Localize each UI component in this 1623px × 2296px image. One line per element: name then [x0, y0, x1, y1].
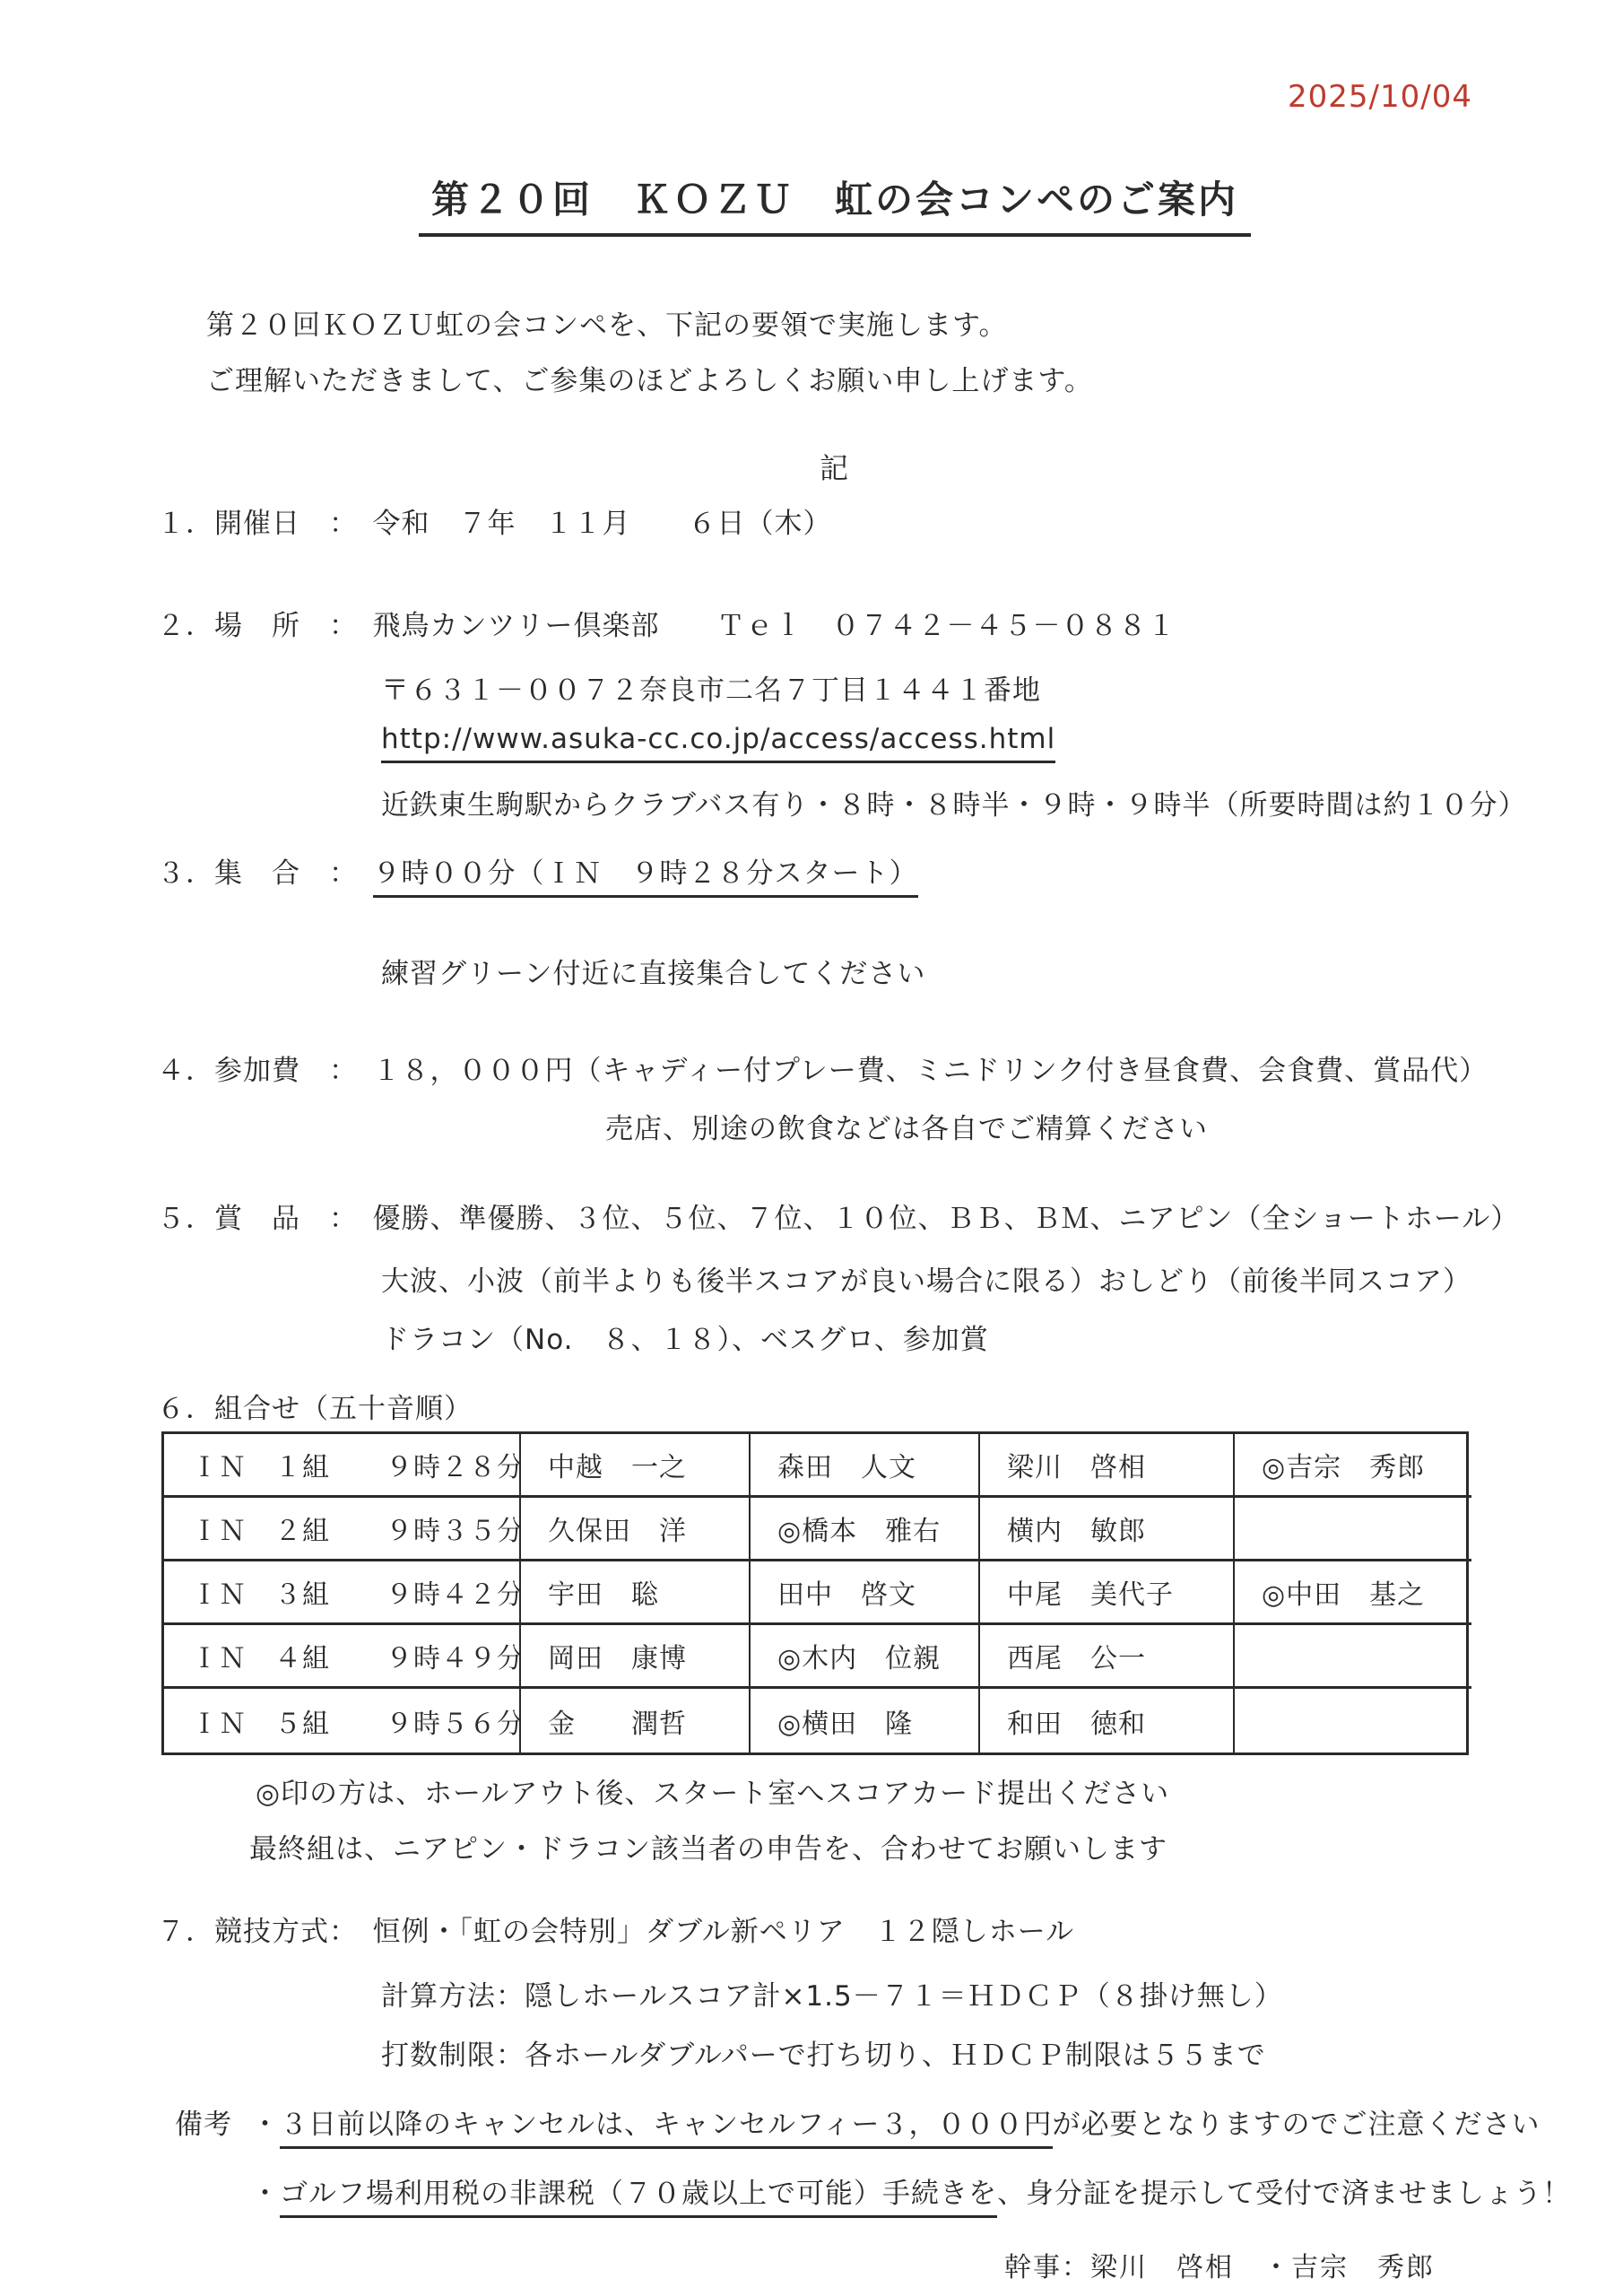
item2-bus-line: 近鉄東生駒駅からクラブバス有り・８時・８時半・９時・９時半（所要時間は約１０分）	[381, 782, 1527, 822]
table-cell-player: 久保田 洋	[521, 1498, 751, 1561]
document-date: 2025/10/04	[1288, 79, 1472, 115]
ki-heading: 記	[0, 446, 1623, 487]
item2-place-line: ２．場 所 ： 飛鳥カンツリー倶楽部 Ｔｅｌ ０７４２－４５－０８８１	[157, 603, 1176, 643]
remarks-bullet-2: ・ゴルフ場利用税の非課税（７０歳以上で可能）手続きを、身分証を提示して受付で済ま…	[251, 2170, 1571, 2211]
organizers-line: 幹事：梁川 啓相 ・吉宗 秀郎	[1004, 2245, 1435, 2284]
remarks-bullet-1-mark: ・	[251, 2109, 280, 2141]
table-cell-group-time: ＩＮ ３組 ９時４２分	[164, 1561, 521, 1625]
table-cell-player: 岡田 康博	[521, 1625, 751, 1689]
remarks-bullet-2-rest: 、身分証を提示して受付で済ませましょう！	[997, 2178, 1571, 2210]
table-cell-player: ◎横田 隆	[751, 1689, 980, 1752]
document-title-text: 第２０回 ＫＯＺＵ 虹の会コンペのご案内	[419, 170, 1251, 237]
table-cell-player: ◎橋本 雅右	[751, 1498, 980, 1561]
table-cell-player: 西尾 公一	[980, 1625, 1235, 1689]
remarks-bullet-2-mark: ・	[251, 2178, 280, 2210]
item6-pairings-heading: ６．組合せ（五十音順）	[157, 1386, 473, 1426]
table-cell-player: 田中 啓文	[751, 1561, 980, 1625]
item4-fee-line: ４．参加費 ： １８，０００円（キャディー付プレー費、ミニドリンク付き昼食費、会…	[157, 1048, 1488, 1088]
remarks-bullet-1-underlined: ３日前以降のキャンセルは、キャンセルフィー３，０００円	[280, 2109, 1053, 2149]
item7-format-line1: ７．競技方式： 恒例・「虹の会特別」ダブル新ペリア １２隠しホール	[157, 1909, 1074, 1949]
table-cell-group-time: ＩＮ ４組 ９時４９分	[164, 1625, 521, 1689]
table-cell-player: ◎中田 基之	[1235, 1561, 1471, 1625]
item3-meeting-line: ３．集 合 ： ９時００分（ＩＮ ９時２８分スタート）	[157, 850, 918, 891]
remarks-bullet-1: ・３日前以降のキャンセルは、キャンセルフィー３，０００円が必要となりますのでご注…	[251, 2101, 1541, 2142]
item1-date-line: １．開催日 ： 令和 ７年 １１月 ６日（木）	[157, 500, 832, 541]
remarks-bullet-1-rest: が必要となりますのでご注意ください	[1053, 2109, 1541, 2141]
item5-prizes-line2: 大波、小波（前半よりも後半スコアが良い場合に限る）おしどり（前後半同スコア）	[381, 1258, 1471, 1299]
document-title: 第２０回 ＫＯＺＵ 虹の会コンペのご案内	[0, 170, 1623, 237]
remarks-label: 備考	[175, 2101, 232, 2142]
item5-prizes-line1: ５．賞 品 ： 優勝、準優勝、３位、５位、７位、１０位、ＢＢ、ＢＭ、ニアピン（全…	[157, 1196, 1519, 1236]
table-cell-player: ◎木内 位親	[751, 1625, 980, 1689]
scanned-document-page: 2025/10/04 第２０回 ＫＯＺＵ 虹の会コンペのご案内 第２０回ＫＯＺＵ…	[0, 0, 1623, 2296]
table-cell-player: ◎吉宗 秀郎	[1235, 1434, 1471, 1498]
table-cell-player: 森田 人文	[751, 1434, 980, 1498]
item7-format-line2: 計算方法：隠しホールスコア計×1.5－７１＝ＨＤＣＰ（８掛け無し）	[381, 1973, 1283, 2013]
table-cell-player	[1235, 1689, 1471, 1752]
table-note-2: 最終組は、ニアピン・ドラコン該当者の申告を、合わせてお願いします	[249, 1826, 1167, 1866]
table-cell-player	[1235, 1625, 1471, 1689]
intro-line-2: ご理解いただきまして、ご参集のほどよろしくお願い申し上げます。	[206, 353, 1093, 409]
table-cell-player: 和田 徳和	[980, 1689, 1235, 1752]
table-cell-group-time: ＩＮ １組 ９時２８分	[164, 1434, 521, 1498]
item2-address-line: 〒６３１－００７２奈良市二名７丁目１４４１番地	[381, 667, 1041, 708]
intro-paragraph: 第２０回ＫＯＺＵ虹の会コンペを、下記の要領で実施します。 ご理解いただきまして、…	[206, 298, 1093, 409]
table-note-1: ◎印の方は、ホールアウト後、スタート室へスコアカード提出ください	[256, 1770, 1169, 1811]
table-cell-player: 横内 敏郎	[980, 1498, 1235, 1561]
table-cell-player: 中越 一之	[521, 1434, 751, 1498]
table-cell-player: 金 潤哲	[521, 1689, 751, 1752]
access-url-link: http://www.asuka-cc.co.jp/access/access.…	[381, 723, 1055, 763]
item3-meeting-time: ９時００分（ＩＮ ９時２８分スタート）	[373, 857, 918, 898]
item2-url-line: http://www.asuka-cc.co.jp/access/access.…	[381, 723, 1055, 755]
intro-line-1: 第２０回ＫＯＺＵ虹の会コンペを、下記の要領で実施します。	[206, 298, 1093, 353]
table-cell-group-time: ＩＮ ２組 ９時３５分	[164, 1498, 521, 1561]
remarks-bullet-2-underlined: ゴルフ場利用税の非課税（７０歳以上で可能）手続きを	[280, 2178, 997, 2218]
table-cell-player: 梁川 啓相	[980, 1434, 1235, 1498]
item5-prizes-line3: ドラコン（No. ８、１８）、ベスグロ、参加賞	[381, 1317, 989, 1357]
table-cell-group-time: ＩＮ ５組 ９時５６分	[164, 1689, 521, 1752]
item3-prefix: ３．集 合 ：	[157, 857, 373, 890]
table-cell-player: 中尾 美代子	[980, 1561, 1235, 1625]
item4-fee-note-line: 売店、別途の飲食などは各自でご精算ください	[605, 1106, 1208, 1146]
table-cell-player	[1235, 1498, 1471, 1561]
item3-meeting-place-line: 練習グリーン付近に直接集合してください	[381, 951, 925, 991]
pairings-table: ＩＮ １組 ９時２８分 中越 一之 森田 人文 梁川 啓相 ◎吉宗 秀郎 ＩＮ …	[161, 1431, 1469, 1755]
item7-format-line3: 打数制限：各ホールダブルパーで打ち切り、ＨＤＣＰ制限は５５まで	[381, 2032, 1266, 2073]
table-cell-player: 宇田 聡	[521, 1561, 751, 1625]
